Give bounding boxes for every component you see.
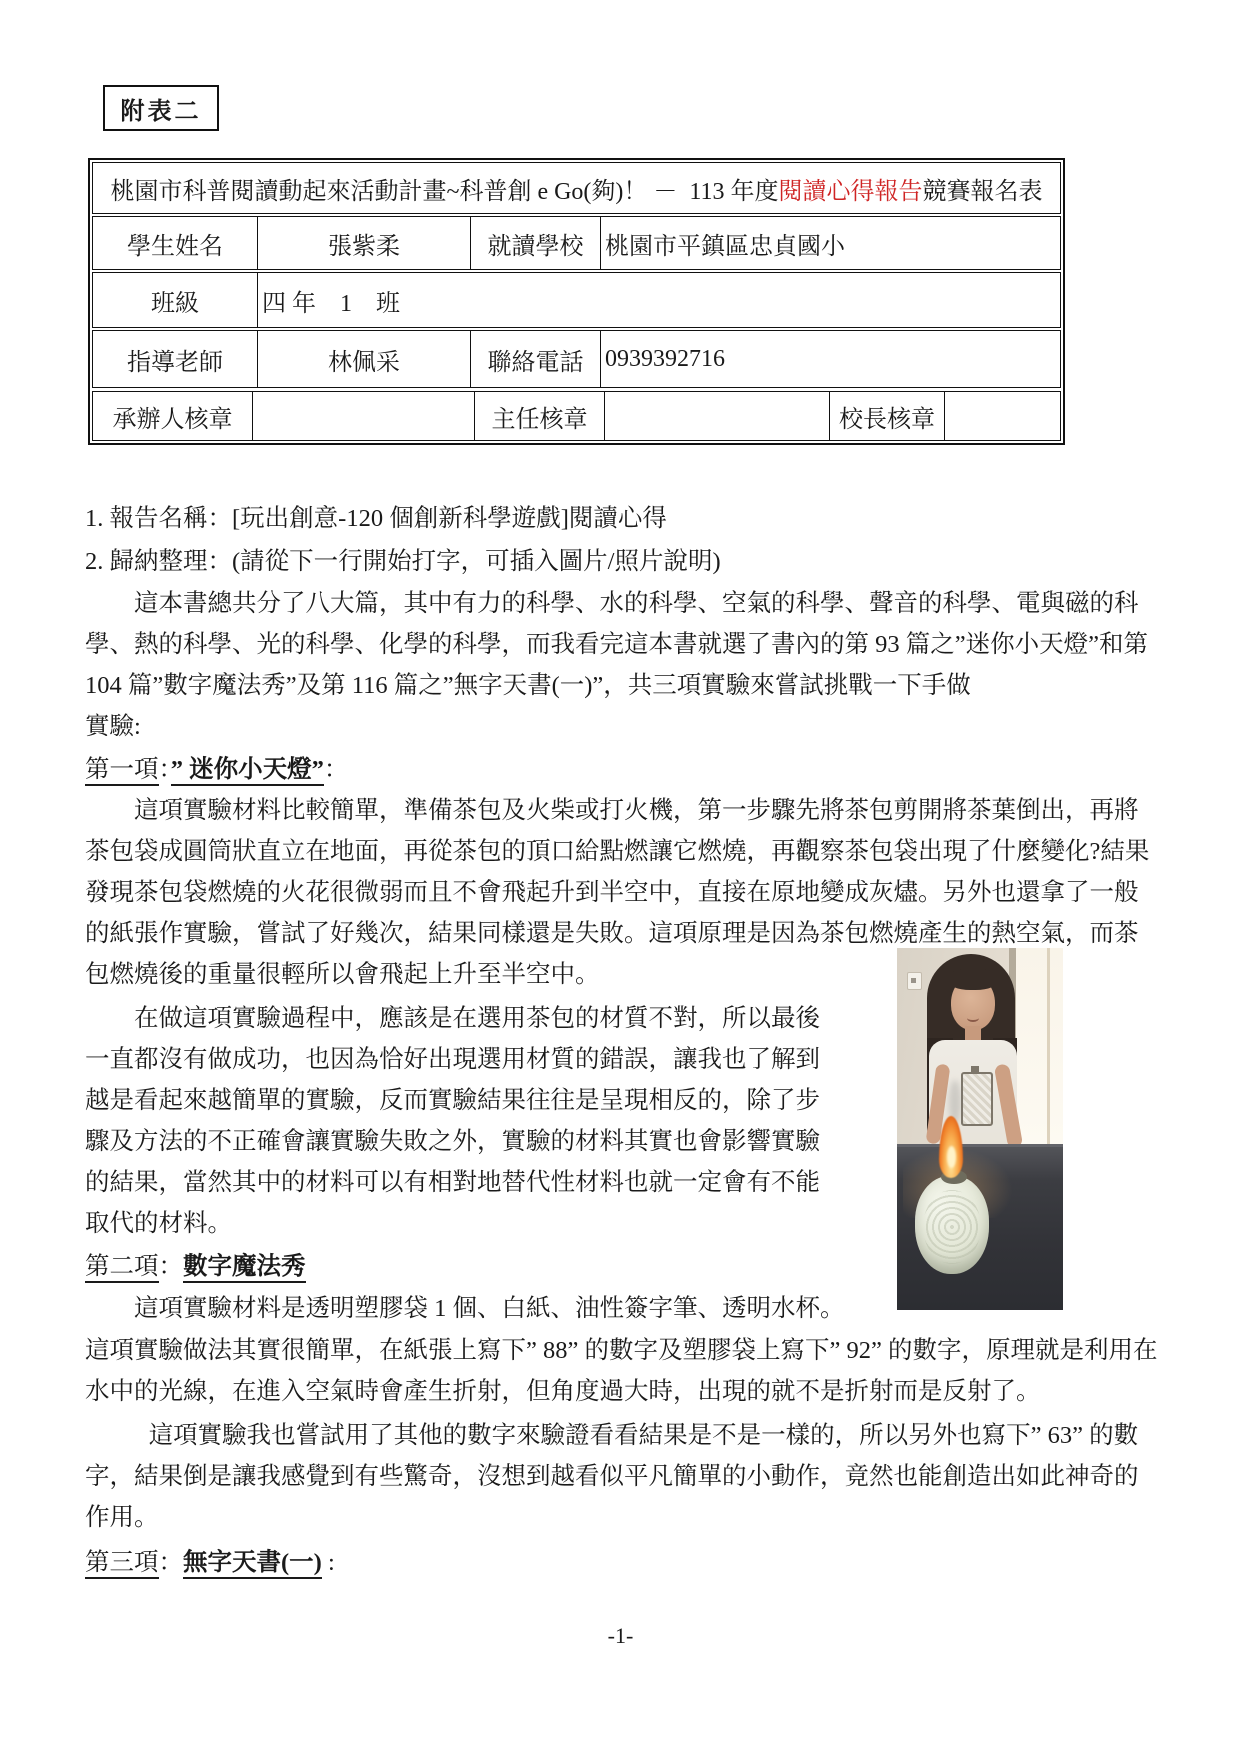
photo-girl-fringe [947,968,999,990]
section2-heading: 第二項：數字魔法秀 [85,1246,306,1287]
intro-tail: 實驗: [85,713,141,740]
registration-form-table: 桃園市科普閱讀動起來活動計畫~科普創 e Go(夠)！ － 113 年度閱讀心得… [88,158,1065,445]
school-value: 桃園市平鎮區忠貞國小 [601,217,1061,270]
section1-tail: ： [324,756,349,783]
intro-text: 這本書總共分了八大篇，其中有力的科學、水的科學、空氣的科學、聲音的科學、電與磁的… [85,590,1148,699]
form-title-post: 競賽報名表 [923,179,1043,205]
report-name-line: 1. 報告名稱：[玩出創意-120 個創新科學遊戲]閱讀心得 [85,498,667,539]
form-title-row: 桃園市科普閱讀動起來活動計畫~科普創 e Go(夠)！ － 113 年度閱讀心得… [92,162,1061,214]
section2-label: 第二項 [85,1253,159,1283]
form-row-student: 學生姓名 張紫柔 就讀學校 桃園市平鎮區忠貞國小 [92,216,1061,270]
report-summary-line: 2. 歸納整理：(請從下一行開始打字，可插入圖片/照片說明) [85,541,721,582]
class-value: 四 年 1 班 [258,273,1061,328]
paragraph-experiment2-result: 這項實驗我也嘗試用了其他的數字來驗證看看結果是不是一樣的，所以另外也寫下” 63… [85,1415,1162,1538]
section3-heading: 第三項：無字天書(一) : [85,1542,335,1583]
phone-label: 聯絡電話 [471,331,601,388]
paragraph-experiment1-reflection: 在做這項實驗過程中，應該是在選用茶包的材質不對，所以最後一直都沒有做成功，也因為… [85,998,830,1244]
appendix-tag-label: 附表二 [121,91,202,126]
form-title-highlight: 閱讀心得報告 [779,179,923,205]
teacher-value: 林佩采 [258,331,471,388]
organizer-seal-label: 承辦人核章 [93,392,253,441]
photo-mini-lantern [915,1176,989,1274]
form-title-cell: 桃園市科普閱讀動起來活動計畫~科普創 e Go(夠)！ － 113 年度閱讀心得… [93,163,1061,214]
photo-light-switch [907,972,922,990]
student-name-value: 張紫柔 [258,217,471,270]
section3-label: 第三項 [85,1549,159,1579]
section2-title: 數字魔法秀 [183,1253,306,1283]
section1-heading: 第一項：” 迷你小天燈”： [85,749,348,790]
paragraph-intro: 這本書總共分了八大篇，其中有力的科學、水的科學、空氣的科學、聲音的科學、電與磁的… [85,583,1162,747]
paragraph-experiment2-materials: 這項實驗材料是透明塑膠袋 1 個、白紙、油性簽字筆、透明水杯。 [85,1288,845,1329]
form-row-class: 班級 四 年 1 班 [92,272,1061,328]
photo-girl-smile [967,1014,979,1022]
phone-value: 0939392716 [601,331,1061,388]
section2-colon: ： [159,1253,184,1280]
director-seal-label: 主任核章 [475,392,605,441]
appendix-tag-box: 附表二 [103,85,219,131]
form-row-teacher: 指導老師 林佩采 聯絡電話 0939392716 [92,330,1061,388]
class-label: 班級 [93,273,258,328]
form-row-seals: 承辦人核章 主任核章 校長核章 [92,391,1061,441]
student-name-label: 學生姓名 [93,217,258,270]
photo-shirt-graphic [961,1072,993,1126]
section3-tail: : [322,1549,335,1576]
organizer-seal-value [253,392,475,441]
photo-flame-core [947,1146,956,1168]
principal-seal-label: 校長核章 [830,392,945,441]
experiment-photo [897,948,1063,1310]
director-seal-value [605,392,830,441]
paragraph-experiment2-method: 這項實驗做法其實很簡單，在紙張上寫下” 88” 的數字及塑膠袋上寫下” 92” … [85,1330,1162,1412]
teacher-label: 指導老師 [93,331,258,388]
document-page: 附表二 桃園市科普閱讀動起來活動計畫~科普創 e Go(夠)！ － 113 年度… [0,0,1241,1755]
page-number: -1- [0,1623,1241,1649]
section3-colon: ： [159,1549,184,1576]
section1-label: 第一項 [85,756,159,786]
school-label: 就讀學校 [471,217,601,270]
form-title-pre: 桃園市科普閱讀動起來活動計畫~科普創 e Go(夠)！ － 113 年度 [110,179,778,205]
section1-title: ” 迷你小天燈” [171,756,324,786]
section1-colon: ： [159,756,171,783]
section3-title: 無字天書(一) [183,1549,322,1579]
principal-seal-value [945,392,1061,441]
